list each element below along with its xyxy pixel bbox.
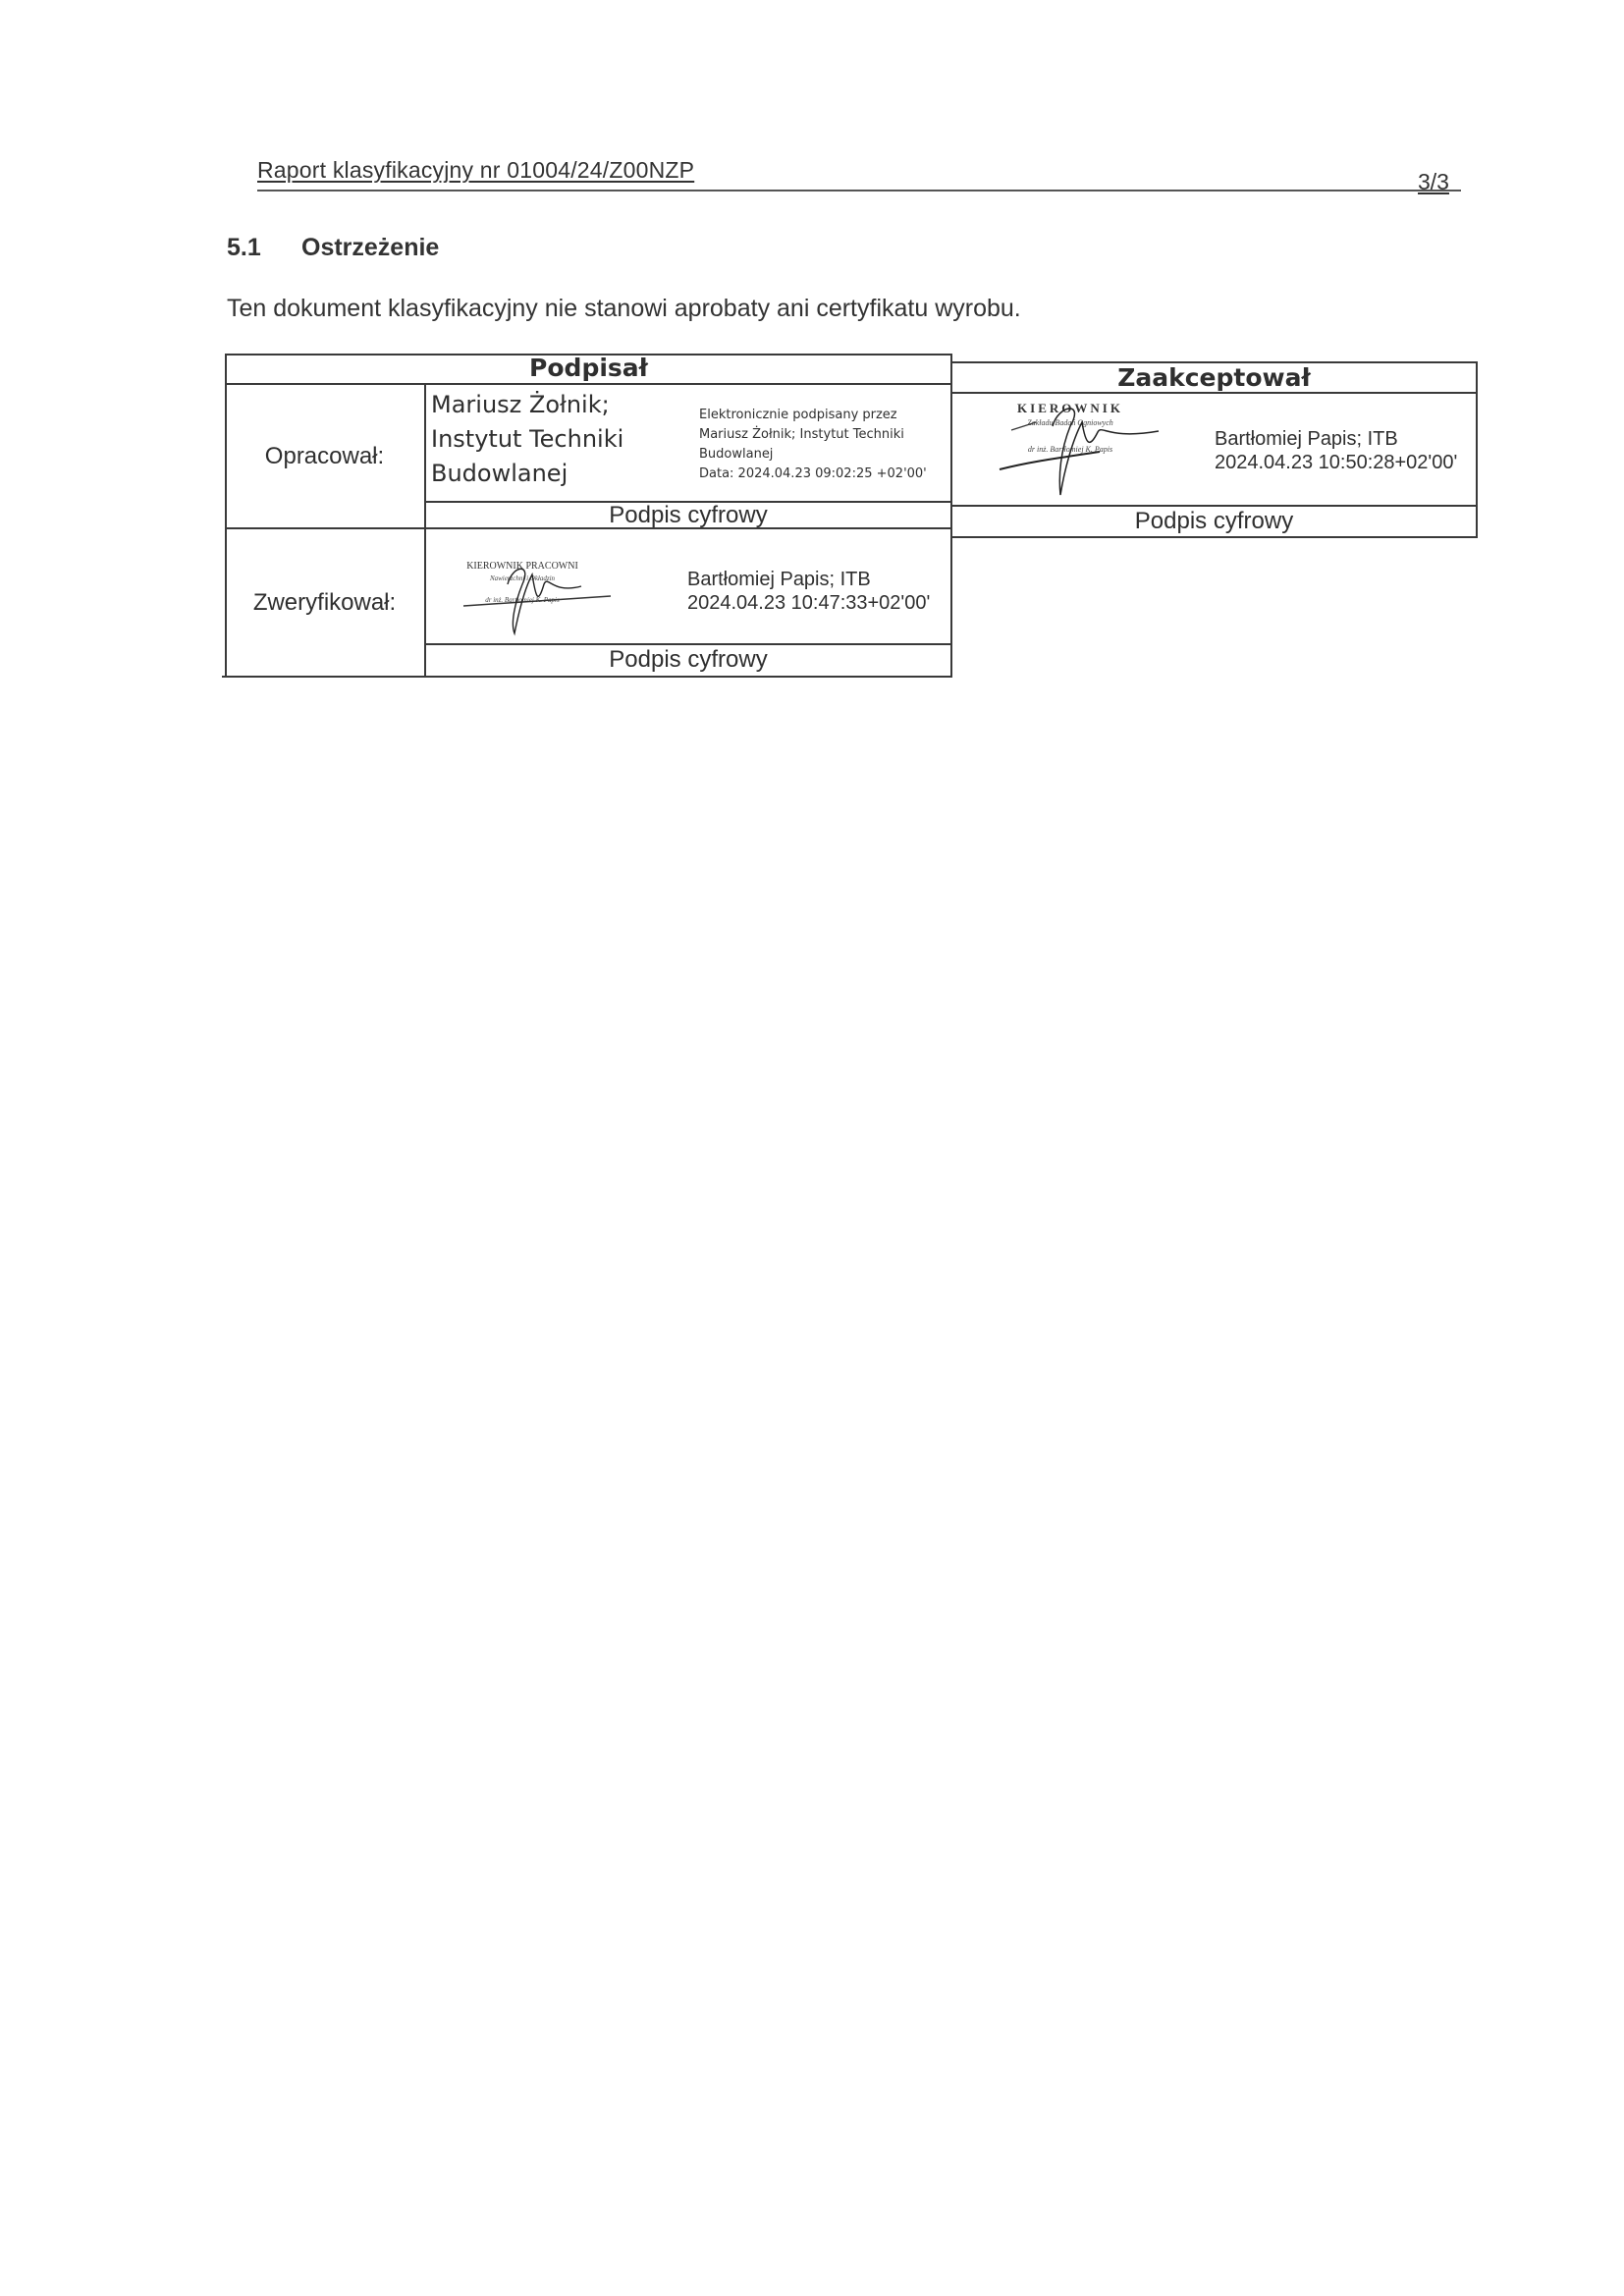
prepared-by-signer: Mariusz Żołnik; Instytut Techniki Budowl… xyxy=(431,388,623,491)
table-border xyxy=(424,383,426,678)
accepted-signature-info: Bartłomiej Papis; ITB 2024.04.23 10:50:2… xyxy=(1215,427,1457,474)
svg-text:KIEROWNIK PRACOWNI: KIEROWNIK PRACOWNI xyxy=(466,561,578,572)
signature-detail-line: Budowlanej xyxy=(699,445,927,465)
signature-date: 2024.04.23 10:47:33+02'00' xyxy=(687,591,930,615)
table-border xyxy=(1476,361,1478,538)
prepared-by-label: Opracował: xyxy=(225,385,424,527)
verified-by-signature-info: Bartłomiej Papis; ITB 2024.04.23 10:47:3… xyxy=(687,568,930,615)
header-divider xyxy=(257,190,1461,191)
signer-name: Bartłomiej Papis; ITB xyxy=(1215,427,1457,451)
signature-date: 2024.04.23 10:50:28+02'00' xyxy=(1215,451,1457,474)
section-number: 5.1 xyxy=(227,234,301,262)
signer-name: Bartłomiej Papis; ITB xyxy=(687,568,930,591)
digital-signature-caption: Podpis cyfrowy xyxy=(952,507,1476,536)
accepted-stamp-signature: KIEROWNIK Zakładu Badań Ogniowych dr inż… xyxy=(992,397,1198,500)
verified-by-stamp-signature: KIEROWNIK PRACOWNI Nawierzchni i Okładzi… xyxy=(454,555,650,643)
signed-header: Podpisał xyxy=(225,354,952,383)
page-number: 3/3 xyxy=(1418,169,1449,195)
verified-by-label: Zweryfikował: xyxy=(225,529,424,677)
warning-paragraph: Ten dokument klasyfikacyjny nie stanowi … xyxy=(227,295,1021,323)
accepted-header: Zaakceptował xyxy=(952,362,1476,393)
section-heading: 5.1Ostrzeżenie xyxy=(227,234,439,262)
signer-name-line: Budowlanej xyxy=(431,457,623,491)
signature-detail-line: Mariusz Żołnik; Instytut Techniki xyxy=(699,425,927,445)
signer-name-line: Instytut Techniki xyxy=(431,422,623,457)
table-border xyxy=(950,536,1478,538)
report-header-title: Raport klasyfikacyjny nr 01004/24/Z00NZP xyxy=(257,157,694,184)
digital-signature-caption: Podpis cyfrowy xyxy=(424,645,952,675)
prepared-by-signature-details: Elektronicznie podpisany przez Mariusz Ż… xyxy=(699,406,927,484)
section-title: Ostrzeżenie xyxy=(301,234,439,261)
signature-detail-line: Elektronicznie podpisany przez xyxy=(699,406,927,425)
digital-signature-caption: Podpis cyfrowy xyxy=(424,503,952,528)
svg-text:Nawierzchni i Okładzin: Nawierzchni i Okładzin xyxy=(489,574,556,582)
signer-name-line: Mariusz Żołnik; xyxy=(431,388,623,422)
signature-detail-line: Data: 2024.04.23 09:02:25 +02'00' xyxy=(699,465,927,484)
